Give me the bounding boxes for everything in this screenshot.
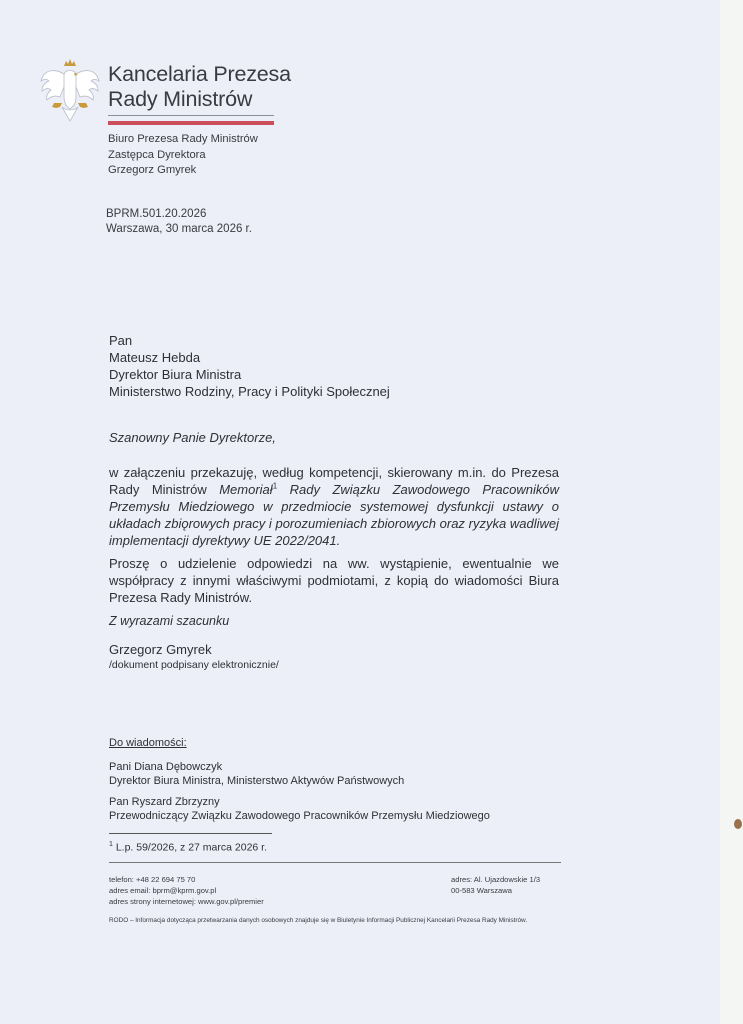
electronic-signature-note: /dokument podpisany elektronicznie/ xyxy=(109,659,279,671)
addressee-name: Mateusz Hebda xyxy=(109,349,390,366)
cc-heading: Do wiadomości: xyxy=(109,736,490,751)
body-paragraph-2: Proszę o udzielenie odpowiedzi na ww. wy… xyxy=(109,555,559,606)
org-name-line-1: Kancelaria Prezesa xyxy=(108,62,291,87)
footnote-text: L.p. 59/2026, z 27 marca 2026 r. xyxy=(113,842,267,854)
office-position: Zastępca Dyrektora xyxy=(108,148,258,164)
footnote: 1 L.p. 59/2026, z 27 marca 2026 r. xyxy=(109,841,267,854)
org-name-line-2: Rady Ministrów xyxy=(108,87,291,112)
sender-office: Biuro Prezesa Rady Ministrów Zastępca Dy… xyxy=(108,132,258,179)
footer-address: adres: Al. Ujazdowskie 1/3 00-583 Warsza… xyxy=(451,874,540,896)
header-rule-red xyxy=(108,121,274,125)
header-rule-grey xyxy=(108,115,274,116)
footnote-separator xyxy=(109,833,272,834)
closing: Z wyrazami szacunku xyxy=(109,614,229,628)
place-date: Warszawa, 30 marca 2026 r. xyxy=(106,222,252,237)
footer-address-line-1: adres: Al. Ujazdowskie 1/3 xyxy=(451,874,540,885)
cc-entry-role: Dyrektor Biura Ministra, Ministerstwo Ak… xyxy=(109,774,490,789)
cc-entry-role: Przewodniczący Związku Zawodowego Pracow… xyxy=(109,809,490,824)
scan-edge xyxy=(720,0,743,1024)
addressee-block: Pan Mateusz Hebda Dyrektor Biura Ministr… xyxy=(109,332,390,400)
salutation: Szanowny Panie Dyrektorze, xyxy=(109,430,276,445)
footer-contact: telefon: +48 22 694 75 70 adres email: b… xyxy=(109,874,264,907)
cc-entry-name: Pani Diana Dębowczyk xyxy=(109,760,490,775)
office-person: Grzegorz Gmyrek xyxy=(108,163,258,179)
footer-separator xyxy=(109,862,561,863)
cc-entry-name: Pan Ryszard Zbrzyzny xyxy=(109,795,490,810)
rodo-notice: RODO – Informacja dotycząca przetwarzani… xyxy=(109,916,564,926)
reference-number: BPRM.501.20.2026 xyxy=(106,207,252,222)
memorial-title-word: Memoriał xyxy=(219,482,272,497)
footer-address-line-2: 00-583 Warszawa xyxy=(451,885,540,896)
addressee-ministry: Ministerstwo Rodziny, Pracy i Polityki S… xyxy=(109,383,390,400)
footer-email[interactable]: adres email: bprm@kprm.gov.pl xyxy=(109,885,264,896)
addressee-position: Dyrektor Biura Ministra xyxy=(109,366,390,383)
footer-website[interactable]: adres strony internetowej: www.gov.pl/pr… xyxy=(109,896,264,907)
cc-entry: Pan Ryszard Zbrzyzny Przewodniczący Zwią… xyxy=(109,795,490,824)
paper-stain xyxy=(734,819,742,829)
cc-block: Do wiadomości: Pani Diana Dębowczyk Dyre… xyxy=(109,736,490,830)
office-department: Biuro Prezesa Rady Ministrów xyxy=(108,132,258,148)
signer-name: Grzegorz Gmyrek xyxy=(109,642,212,658)
addressee-title: Pan xyxy=(109,332,390,349)
reference-block: BPRM.501.20.2026 Warszawa, 30 marca 2026… xyxy=(106,207,252,237)
eagle-emblem-icon xyxy=(38,57,102,127)
footer-phone: telefon: +48 22 694 75 70 xyxy=(109,874,264,885)
organization-name: Kancelaria Prezesa Rady Ministrów xyxy=(108,62,291,112)
cc-entry: Pani Diana Dębowczyk Dyrektor Biura Mini… xyxy=(109,760,490,789)
body-paragraph-1: w załączeniu przekazuję, według kompeten… xyxy=(109,464,559,549)
